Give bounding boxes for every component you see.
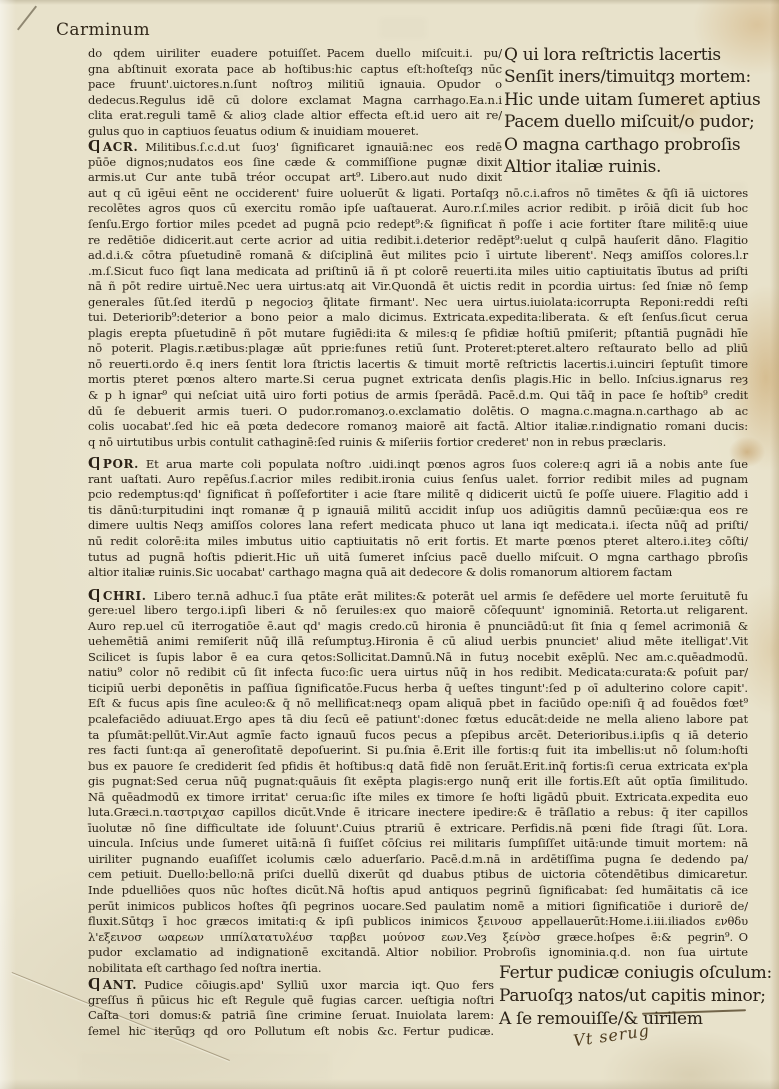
text-line: q nō uirtutibus urbis contulit cathaginē…: [88, 435, 748, 451]
text-line: nō poterit. Plagis.r.ætibus:plagæ aūt pp…: [88, 341, 748, 357]
text-line: īuolutæ nō ſine difficultate ide ſoluunt…: [88, 821, 748, 837]
section-heading-line: CPOR.Et arua marte coli populata noſtro …: [88, 456, 748, 472]
text-line: pcio redemptus:qd' ſignificat ñ poſſefor…: [88, 487, 748, 503]
show-through-blot: [80, 1055, 330, 1079]
text-line: dedecus.Regulus idē cū dolore exclamat M…: [88, 93, 502, 109]
verse-line: Fertur pudicæ coniugis oſculum:: [499, 962, 767, 985]
section-first-line-text: Et arua marte coli populata noſtro .uidi…: [146, 457, 748, 471]
text-line: ta pſumāt:pellūt.Vir.Aut agmīe facto ign…: [88, 728, 748, 744]
text-line: Caſta tori domus:& patriā ſine crimine ſ…: [88, 1008, 494, 1024]
text-line: perūt inimicos publicos hoſtes q̄ſi pegr…: [88, 899, 748, 915]
text-line: mortis pteret pœnos altero marte.Si ceru…: [88, 372, 748, 388]
section-label: POR.: [103, 457, 139, 471]
text-line: pūōe dignos;nudatos eos ſine cæde & comm…: [88, 155, 502, 171]
text-line: greſſus ñ pūicus hic eſt Regule quē fugi…: [88, 993, 494, 1009]
text-line: luta.Græci.n.ταστριχασ capillos dicūt.Vn…: [88, 805, 748, 821]
text-line: ſemel hic iterūqȝ qd oro Pollutum eſt no…: [88, 1024, 494, 1040]
text-line: clita erat.reguli tamē & alioȝ clade alt…: [88, 108, 502, 124]
section-heading-line: CANT.Pudice cōiugis.apd' Sylliū uxor mar…: [88, 977, 494, 993]
text-line: Scilicet is ſupis labor ē ea cura qetos:…: [88, 650, 748, 666]
capitulum-icon: C: [88, 975, 103, 993]
text-line: do qdem uiriliter euadere potuiſſet. Pac…: [88, 46, 502, 62]
text-line: & p h ignar⁹ qui neſciat uitā uiro forti…: [88, 388, 748, 404]
section-first-line-text: Pudice cōiugis.apd' Sylliū uxor marcia i…: [144, 978, 494, 992]
text-line: Eſt & fucus apis ſine aculeo:& q̄ nō mel…: [88, 696, 748, 712]
text-line: natiu⁹ color nō redibit cū ſit infecta f…: [88, 665, 748, 681]
section-label: ACR.: [103, 140, 138, 154]
section-heading-line: CACR.Militibus.ſ.c.d.ut ſuoȝ' ſignificar…: [88, 139, 502, 155]
text-line: ſenſu.Ergo fortior miles pcedet ad pugnā…: [88, 217, 748, 233]
text-line: armis.ut Cur ante tubā tréor occupat art…: [88, 170, 502, 186]
text-line: gna abſtinuit exorata pace ab hoſtibus:h…: [88, 62, 502, 78]
verse-line: Paruoſqȝ natos/ut capitis minor;: [499, 985, 767, 1008]
text-line: Nā quēadmodū ex timore irritat' cerua:ſi…: [88, 790, 748, 806]
text-line: Inde pduelliōes quos nūc hoſtes dicūt.Nā…: [88, 883, 748, 899]
text-line: dū ſe debuerit armis tueri. O pudor.roma…: [88, 404, 748, 420]
text-line: nā ñ pōt redire uirtuē.Nec uera uirtus:a…: [88, 279, 748, 295]
text-line: ticipiū uerbi deponētis in paſſiua ſigni…: [88, 681, 748, 697]
show-through-blot: [380, 20, 426, 36]
text-line: re redētiōe didicerit.aut certe acrior a…: [88, 233, 748, 249]
text-line: dimere uultis Neqȝ amiſſos colores lana …: [88, 518, 748, 534]
capitulum-icon: C: [88, 586, 103, 604]
text-line: tui. Deteriorib⁹:deterior a bono peior a…: [88, 310, 748, 326]
text-line: uincula. Inſcius unde ſumeret uitā:nā ſi…: [88, 836, 748, 852]
text-line: gulus quo in captiuos ſeuatus odium & in…: [88, 124, 502, 140]
section-label: CHRI.: [103, 589, 147, 603]
text-line: nū redit colorē:ita miles imbutus uitio …: [88, 534, 748, 550]
verse-quote-bottom: Fertur pudicæ coniugis oſculum:Paruoſqȝ …: [499, 962, 767, 1031]
commentary-text: do qdem uiriliter euadere potuiſſet. Pac…: [88, 46, 748, 1039]
section-acron: CACR.Militibus.ſ.c.d.ut ſuoȝ' ſignificar…: [88, 139, 748, 450]
text-line: Auro rep.uel cū iterrogatiōe ē.aut qd' m…: [88, 619, 748, 635]
section-first-line-text: Libero ter.nā adhuc.ī ſua ptāte erāt mil…: [154, 589, 749, 603]
running-header: Carminum: [56, 20, 150, 40]
text-line: gis pugnat:Sed cerua nūq̄ pugnat:quāuis …: [88, 774, 748, 790]
text-line: .m.ſ.Sicut fuco ſiqt lana medicata ad pr…: [88, 264, 748, 280]
text-line: tutus ad pugnā hoſtis pdierit.Hic uñ uit…: [88, 550, 748, 566]
text-line: nō reuerti.ordo ē.q iners ſentit lora ſt…: [88, 357, 748, 373]
section-christophorus: CCHRI.Libero ter.nā adhuc.ī ſua ptāte er…: [88, 588, 748, 977]
text-line: colis uocabat'.ſed hic eā pœta dedecore …: [88, 419, 748, 435]
section-first-line-text: Militibus.ſ.c.d.ut ſuoȝ' ſignificaret ig…: [145, 140, 502, 154]
text-line: ad.d.i.& cōtra pſuetudinē romanā & diſci…: [88, 248, 748, 264]
text-line: uiriliter pugnando euaſiſſet icolumis cæ…: [88, 852, 748, 868]
text-line: pudor exclamatio ad indignationē excitan…: [88, 945, 748, 961]
section-label: ANT.: [103, 978, 137, 992]
text-line: tis dānū:turpitudini inqt romanæ q̄ p ig…: [88, 503, 748, 519]
text-line: bus ex pauore ſe crediderit ſed pfidis ē…: [88, 759, 748, 775]
text-line: res facti ſunt:qa aī generoſitatē depoſu…: [88, 743, 748, 759]
pen-mark: [17, 6, 37, 31]
text-line: rant uaſtati. Auro repēſus.ſ.acrior mile…: [88, 472, 748, 488]
text-line: recolētes agros quos cū exercitu romāo i…: [88, 201, 748, 217]
text-line: fluxit.Sūtqȝ ī hoc græcos imitati:q & ip…: [88, 914, 748, 930]
manuscript-page: Carminum Q ui lora reſtrictis lacertisSe…: [0, 0, 779, 1089]
text-line: altior italiæ ruinis.Sic uocabat' cartha…: [88, 565, 748, 581]
text-line: cem petiuit. Duello:bello:nā priſci duel…: [88, 867, 748, 883]
text-line: gere:uel libero tergo.i.ipſi liberi & nō…: [88, 603, 748, 619]
section-porphyrio: CPOR.Et arua marte coli populata noſtro …: [88, 456, 748, 580]
text-line: aut q cū igēui eēnt ne occiderent' fuire…: [88, 186, 748, 202]
commentary-intro: do qdem uiriliter euadere potuiſſet. Pac…: [88, 46, 748, 139]
section-heading-line: CCHRI.Libero ter.nā adhuc.ī ſua ptāte er…: [88, 588, 748, 604]
text-line: uehemētiā animi remiſerit nūq̄ illā reſu…: [88, 634, 748, 650]
text-line: generales ſūt.ſed iterdū p negocioȝ q̄li…: [88, 295, 748, 311]
text-line: λ'εξεινοσ ωαρεων ιππίλατατυλέυσ ταρβει μ…: [88, 930, 748, 946]
capitulum-icon: C: [88, 454, 103, 472]
capitulum-icon: C: [88, 137, 103, 155]
text-line: pace fruunt'.uictores.n.ſunt noſtroȝ mil…: [88, 77, 502, 93]
text-line: plagis erepta pſuetudinē ñ pōt mutare fu…: [88, 326, 748, 342]
text-line: pcalefaciēdo adiuuat.Ergo apes tā diu ſe…: [88, 712, 748, 728]
